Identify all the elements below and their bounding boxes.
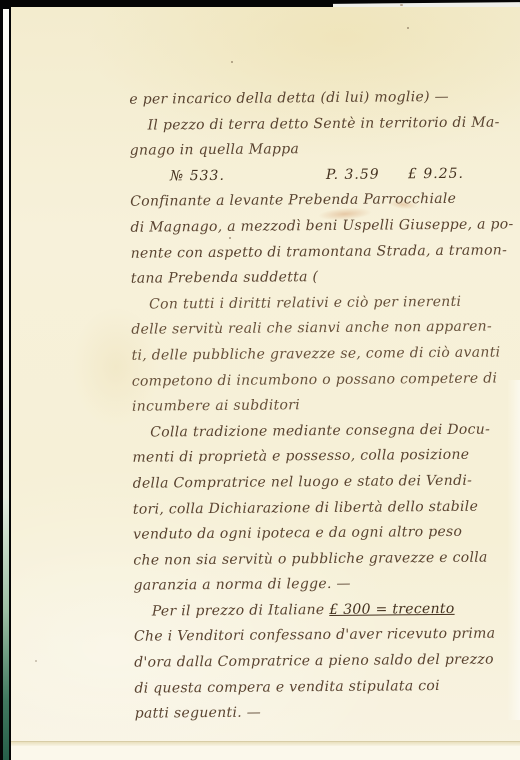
handwritten-line: delle servitù reali che sianvi anche non… xyxy=(131,315,519,344)
handwritten-line: d'ora dalla Compratrice a pieno saldo de… xyxy=(134,647,520,676)
handwritten-line: Che i Venditori confessano d'aver ricevu… xyxy=(134,622,520,651)
handwritten-line: della Compratrice nel luogo e stato dei … xyxy=(133,468,520,497)
pencil-mark xyxy=(400,4,403,6)
handwritten-line: Con tutti i diritti relativi e ciò per i… xyxy=(131,289,519,318)
parcel-number: № 533. xyxy=(170,164,225,190)
ink-speck xyxy=(35,660,37,662)
price-amount: £ 300 = trecento xyxy=(329,601,454,618)
handwritten-line: tana Prebenda suddetta ( xyxy=(131,263,519,292)
handwritten-line: Confinante a levante Prebenda Parrocchia… xyxy=(130,187,518,216)
handwritten-line: di questa compera e vendita stipulata co… xyxy=(134,673,520,702)
paper-below-crease xyxy=(11,746,520,760)
handwritten-line: menti di proprietà e possesso, colla pos… xyxy=(132,443,520,472)
handwritten-line: che non sia servitù o pubbliche gravezze… xyxy=(133,545,520,574)
area-figure: P. 3.59 xyxy=(326,162,380,188)
figures-row: № 533. P. 3.59 £ 9.25. xyxy=(130,161,518,190)
handwritten-text-block: e per incarico della detta (di lui) mogl… xyxy=(129,84,520,727)
handwritten-line: gnago in quella Mappa xyxy=(130,136,518,165)
handwritten-line: e per incarico della detta (di lui) mogl… xyxy=(129,84,517,113)
scanned-manuscript-photo: { "manuscript": { "language": "Italian",… xyxy=(0,0,520,760)
handwritten-line: nente con aspetto di tramontana Strada, … xyxy=(131,238,519,267)
handwritten-line: di Magnago, a mezzodì beni Uspelli Giuse… xyxy=(130,212,518,241)
handwritten-line: patti seguenti. — xyxy=(135,699,520,728)
handwritten-line: garanzia a norma di legge. — xyxy=(133,571,520,600)
right-page-edge xyxy=(507,380,520,720)
handwritten-line: tori, colla Dichiarazione di libertà del… xyxy=(133,494,520,523)
handwritten-line: ti, delle pubbliche gravezze se, come di… xyxy=(131,340,519,369)
left-page-edge xyxy=(3,9,9,760)
ink-speck xyxy=(407,27,409,29)
handwritten-line: Colla tradizione mediante consegna dei D… xyxy=(132,417,520,446)
ink-speck xyxy=(231,61,233,63)
price-figure: £ 9.25. xyxy=(408,162,464,188)
price-line-prefix: Per il prezzo di Italiane xyxy=(152,602,330,620)
handwritten-line: venduto da ogni ipoteca e da ogni altro … xyxy=(133,519,520,548)
handwritten-line: incumbere ai subditori xyxy=(132,391,520,420)
handwritten-line: Il pezzo di terra detto Sentè in territo… xyxy=(129,110,517,139)
price-line: Per il prezzo di Italiane £ 300 = trecen… xyxy=(134,596,520,625)
handwritten-line: competono di incumbono o possano compete… xyxy=(132,366,520,395)
